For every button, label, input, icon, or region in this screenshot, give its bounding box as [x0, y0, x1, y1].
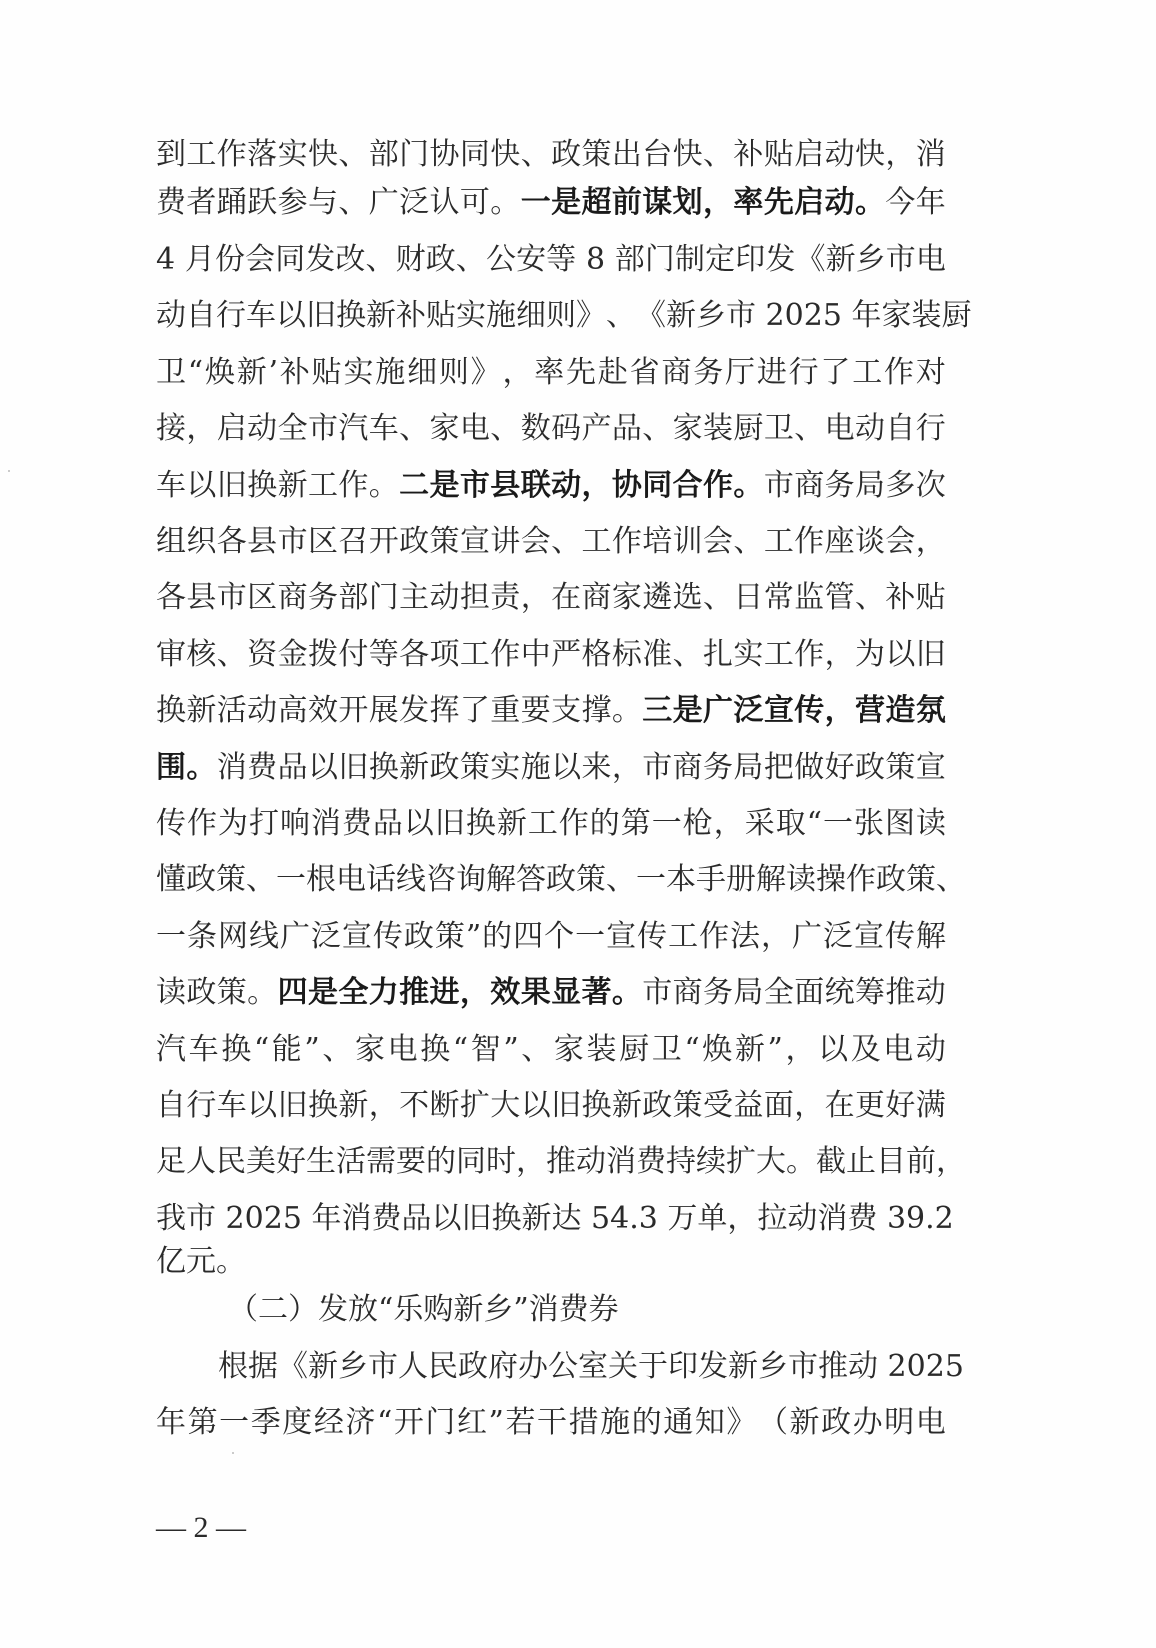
bold-text: 果: [521, 973, 551, 1013]
text: 商: [581, 578, 611, 618]
text: 的: [426, 1142, 456, 1182]
text: 民: [216, 1142, 246, 1182]
text: 若: [505, 1403, 535, 1443]
text: 发: [399, 691, 429, 731]
text: 第: [621, 804, 651, 844]
text: 焕: [702, 1030, 732, 1070]
text: 扩: [460, 1086, 490, 1126]
bold-text: 同: [642, 466, 672, 506]
text: 大: [756, 1142, 786, 1182]
text: 启: [794, 135, 824, 175]
text: 做: [794, 748, 824, 788]
text: 5: [945, 1347, 964, 1387]
text: 2: [888, 1347, 907, 1387]
text: 选: [673, 578, 703, 618]
text: 为: [218, 804, 248, 844]
text: 自: [156, 1086, 186, 1126]
text: 一: [823, 804, 853, 844]
text: 展: [369, 691, 399, 731]
text: 传: [885, 917, 915, 957]
text: 传: [373, 917, 403, 957]
text: 需: [366, 1142, 396, 1182]
text: 册: [726, 860, 756, 900]
text: 美: [246, 1142, 276, 1182]
text: 等: [546, 240, 576, 280]
text: 等: [369, 635, 399, 675]
text: ”: [304, 1030, 319, 1070]
text: 电: [916, 240, 946, 280]
text: 格: [581, 635, 611, 675]
text: 政: [855, 748, 885, 788]
text: 3: [887, 1199, 906, 1239]
text: 部: [615, 240, 645, 280]
text: [756, 296, 766, 336]
text: 解: [486, 860, 516, 900]
text: 年: [916, 183, 946, 223]
text: 办: [518, 1347, 548, 1387]
text: 经: [314, 1403, 344, 1443]
bold-text: 作: [703, 466, 733, 506]
paragraph-line: 接，启动全市汽车、家电、数码产品、家装厨卫、电动自行: [156, 409, 946, 449]
text: 发: [305, 240, 335, 280]
text: 广: [280, 917, 310, 957]
bold-text: 动: [825, 183, 855, 223]
text: 策: [576, 860, 606, 900]
text: 电: [388, 1030, 418, 1070]
text: 消: [817, 1199, 847, 1239]
text: 策: [435, 917, 465, 957]
text: 动: [787, 1199, 817, 1239]
text: 人: [186, 1142, 216, 1182]
text: 认: [430, 183, 460, 223]
text: 动: [825, 135, 855, 175]
text: 新: [666, 296, 696, 336]
paragraph-line: 读政策。四是全力推进，效果显著。市商务局全面统筹推动: [156, 973, 946, 1013]
text: 主: [399, 578, 429, 618]
text: 打: [249, 804, 279, 844]
text: 次: [916, 466, 946, 506]
text: 新: [521, 1199, 551, 1239]
text: [658, 1199, 668, 1239]
text: ，: [516, 1142, 546, 1182]
bold-text: 显: [551, 973, 581, 1013]
paragraph-line: 围。消费品以旧换新政策实施以来，市商务局把做好政策宣: [156, 748, 946, 788]
text: 同: [456, 1142, 486, 1182]
text: 益: [733, 1086, 763, 1126]
text: 作: [846, 860, 876, 900]
text: 2: [264, 1199, 283, 1239]
text: 新: [186, 691, 216, 731]
text: 行: [789, 353, 819, 393]
text: 县: [247, 522, 277, 562]
bold-text: 氛: [916, 691, 946, 731]
text: 细: [516, 296, 546, 336]
bold-text: 。: [733, 466, 763, 506]
text: 通: [663, 1403, 693, 1443]
text: 实: [733, 635, 763, 675]
text: 门: [369, 578, 399, 618]
text: 3: [639, 1199, 658, 1239]
text: 局: [733, 973, 763, 1013]
text: 据: [248, 1347, 278, 1387]
text: 扩: [726, 1142, 756, 1182]
text: 区: [247, 578, 277, 618]
bold-text: 。: [186, 748, 216, 788]
text: 装: [587, 1030, 617, 1070]
paragraph-line: 足人民美好生活需要的同时，推动消费持续扩大。截止目前，: [156, 1142, 946, 1182]
text: 门: [399, 135, 429, 175]
text: 准: [642, 635, 672, 675]
bold-text: 市: [460, 466, 490, 506]
text: 及: [851, 1030, 881, 1070]
text: 《: [278, 1347, 308, 1387]
paragraph-line: 到工作落实快、部门协同快、政策出台快、补贴启动快，消: [156, 135, 946, 175]
paragraph-line: 审核、资金拨付等各项工作中严格标准、扎实工作，为以旧: [156, 635, 946, 675]
text: 协: [430, 135, 460, 175]
text: 红: [457, 1403, 487, 1443]
text: 活: [336, 1142, 366, 1182]
text: 以: [431, 1199, 461, 1239]
text: 《: [795, 240, 825, 280]
text: 好: [276, 1142, 306, 1182]
text: 率: [534, 353, 564, 393]
text: 作: [794, 522, 824, 562]
text: 策: [217, 973, 247, 1013]
text: 各: [399, 635, 429, 675]
paragraph-line: 汽车换“能”、家电换“智”、家装厨卫“焕新”，以及电动: [156, 1030, 946, 1070]
text: ”: [489, 1403, 504, 1443]
text: 消: [916, 135, 946, 175]
text: 一: [575, 917, 605, 957]
text: 务: [308, 578, 338, 618]
text: 遴: [642, 578, 672, 618]
bold-text: 泛: [733, 691, 763, 731]
text: 换: [308, 1086, 338, 1126]
text: 份: [215, 240, 245, 280]
text: 车: [156, 466, 186, 506]
text: 。: [612, 691, 642, 731]
text: 、: [246, 860, 276, 900]
text: 答: [516, 860, 546, 900]
text: 会: [703, 522, 733, 562]
bold-text: 动: [551, 466, 581, 506]
text: 动: [855, 409, 885, 449]
text: 宣: [916, 748, 946, 788]
text: 务: [825, 466, 855, 506]
text: 2: [766, 296, 785, 336]
text: 新: [308, 1347, 338, 1387]
text: 开: [338, 691, 368, 731]
text: 法: [730, 917, 760, 957]
text: 公: [548, 1347, 578, 1387]
text: 监: [794, 578, 824, 618]
text: 改: [335, 240, 365, 280]
text: 响: [280, 804, 310, 844]
text: 新: [237, 353, 267, 393]
text: 电: [916, 1403, 946, 1443]
text: 品: [278, 748, 308, 788]
text: 日: [733, 578, 763, 618]
text: 读: [916, 804, 946, 844]
text: 、: [733, 522, 763, 562]
text: 策: [885, 748, 915, 788]
document-page: 到工作落实快、部门协同快、政策出台快、补贴启动快，消费者踊跃参与、广泛认可。一是…: [0, 0, 1156, 1648]
text: 枪: [683, 804, 713, 844]
text: 为: [855, 635, 885, 675]
text: 市: [308, 409, 338, 449]
section-heading: （二）发放“乐购新乡”消费券: [228, 1290, 619, 1330]
text: 断: [430, 1086, 460, 1126]
text: 先: [566, 353, 596, 393]
text: 人: [398, 1347, 428, 1387]
text: 、: [794, 409, 824, 449]
text: 到: [156, 135, 186, 175]
text: ，: [521, 578, 551, 618]
text: 动: [247, 691, 277, 731]
text: ”: [503, 1030, 518, 1070]
text: 、: [606, 860, 636, 900]
text: “: [254, 1030, 269, 1070]
text: 的: [590, 804, 620, 844]
text: 、: [703, 135, 733, 175]
text: （: [758, 1403, 788, 1443]
text: 取: [776, 804, 806, 844]
text: ，: [785, 1030, 815, 1070]
text: 汽: [338, 409, 368, 449]
bold-text: 联: [521, 466, 551, 506]
text: 施: [486, 296, 516, 336]
text: 前: [906, 1142, 936, 1182]
text: 部: [338, 578, 368, 618]
text: 换: [156, 691, 186, 731]
text: 开: [369, 522, 399, 562]
text: 生: [306, 1142, 336, 1182]
text: 线: [396, 860, 426, 900]
text: 会: [521, 522, 551, 562]
text: 谈: [855, 522, 885, 562]
text: 以: [308, 748, 338, 788]
text: 全: [764, 973, 794, 1013]
text: 自: [885, 409, 915, 449]
text: 根: [306, 860, 336, 900]
text: 》: [726, 1403, 756, 1443]
text: 行: [216, 296, 246, 336]
text: 面: [764, 1086, 794, 1126]
bold-text: 造: [885, 691, 915, 731]
text: 新: [278, 466, 308, 506]
text: 年: [851, 296, 881, 336]
text: 广: [792, 917, 822, 957]
text: 。: [369, 466, 399, 506]
text: 推: [885, 973, 915, 1013]
text: 动: [156, 296, 186, 336]
text: 、: [606, 296, 636, 336]
text: 组: [156, 522, 186, 562]
text: 同: [275, 240, 305, 280]
text: 5: [823, 296, 842, 336]
bold-text: 力: [369, 973, 399, 1013]
text: 止: [846, 1142, 876, 1182]
text: 新: [790, 1403, 820, 1443]
text: 费: [371, 1199, 401, 1239]
bold-text: 是: [308, 973, 338, 1013]
bold-text: 是: [430, 466, 460, 506]
text: 策: [581, 135, 611, 175]
text: 策: [673, 1086, 703, 1126]
text: 作: [612, 522, 642, 562]
page-number: — 2 —: [156, 1508, 246, 1548]
bold-text: 合: [673, 466, 703, 506]
text: 出: [612, 135, 642, 175]
text: 政: [642, 1086, 672, 1126]
text: 要: [521, 691, 551, 731]
text: 政: [186, 973, 216, 1013]
text: 市: [278, 522, 308, 562]
text: 快: [308, 135, 338, 175]
text: 办: [853, 1403, 883, 1443]
text: 一: [652, 804, 682, 844]
text: 高: [278, 691, 308, 731]
paragraph-line: 自行车以旧换新，不断扩大以旧换新政策受益面，在更好满: [156, 1086, 946, 1126]
text: 筹: [855, 973, 885, 1013]
text: 《: [636, 296, 666, 336]
text: 工: [668, 917, 698, 957]
text: 一: [636, 860, 666, 900]
text: 作: [559, 804, 589, 844]
text: 政: [551, 135, 581, 175]
text: ，: [369, 1086, 399, 1126]
text: [877, 1199, 887, 1239]
text: “: [684, 1030, 699, 1070]
text: 作: [699, 917, 729, 957]
text: 重: [490, 691, 520, 731]
text: 4: [610, 1199, 629, 1239]
paragraph-line: 动自行车以旧换新补贴实施细则》、《新乡市 2025 年家装厨: [156, 296, 946, 336]
text: 策: [216, 860, 246, 900]
text: 补: [733, 135, 763, 175]
bold-text: 传: [794, 691, 824, 731]
text: 政: [876, 860, 906, 900]
text: 以: [247, 1086, 277, 1126]
text: 担: [460, 578, 490, 618]
bold-text: 著: [581, 973, 611, 1013]
bold-text: 全: [338, 973, 368, 1013]
text: 跃: [247, 183, 277, 223]
text: 发: [765, 240, 795, 280]
text: 换: [336, 296, 366, 336]
text: 部: [369, 135, 399, 175]
text: 会: [245, 240, 275, 280]
text: 乡: [758, 1347, 788, 1387]
text: 自: [186, 296, 216, 336]
bold-text: 划: [673, 183, 703, 223]
text: 家: [554, 1030, 584, 1070]
text: 市: [642, 748, 672, 788]
bold-text: 四: [278, 973, 308, 1013]
text: 局: [733, 748, 763, 788]
text: ”: [466, 917, 481, 957]
text: 。: [490, 183, 520, 223]
bold-text: 县: [490, 466, 520, 506]
text: 产: [581, 409, 611, 449]
text: 民: [428, 1347, 458, 1387]
text: 车: [189, 1030, 219, 1070]
text: 采: [745, 804, 775, 844]
text: 车: [246, 296, 276, 336]
text: 的: [482, 917, 512, 957]
text: 项: [430, 635, 460, 675]
text: 、: [642, 409, 672, 449]
text: 公: [486, 240, 516, 280]
text: 家: [881, 296, 911, 336]
text: 座: [825, 522, 855, 562]
text: 换: [247, 466, 277, 506]
text: 贴: [312, 353, 342, 393]
bold-text: 是: [551, 183, 581, 223]
bold-text: 进: [430, 973, 460, 1013]
text: 、: [366, 240, 396, 280]
text: 卫: [652, 1030, 682, 1070]
text: 、: [338, 183, 368, 223]
text: 、: [490, 409, 520, 449]
text: 旧: [217, 466, 247, 506]
text: 政: [186, 860, 216, 900]
text: 政: [821, 1403, 851, 1443]
text: 2: [226, 1199, 245, 1239]
text: 政: [430, 748, 460, 788]
text: 费: [247, 748, 277, 788]
text: 以: [818, 1030, 848, 1070]
text: 快: [490, 135, 520, 175]
text: 拨: [308, 635, 338, 675]
text: 与: [308, 183, 338, 223]
text: 网: [218, 917, 248, 957]
text: 2: [926, 1347, 945, 1387]
text: 务: [693, 353, 723, 393]
text: 推: [818, 1347, 848, 1387]
text: 贴: [426, 296, 456, 336]
text: 、: [521, 1030, 551, 1070]
text: 操: [816, 860, 846, 900]
text: 中: [521, 635, 551, 675]
bold-text: 推: [399, 973, 429, 1013]
text: 数: [521, 409, 551, 449]
text: 踊: [217, 183, 247, 223]
text: 干: [537, 1403, 567, 1443]
text: 家: [355, 1030, 385, 1070]
text: 市: [217, 578, 247, 618]
text: 贴: [764, 135, 794, 175]
text: 以: [276, 296, 306, 336]
text: 换: [369, 748, 399, 788]
text: ，: [502, 353, 532, 393]
text: 对: [916, 353, 946, 393]
text: “: [188, 353, 203, 393]
text: 电: [460, 409, 490, 449]
text: 则: [439, 353, 469, 393]
text: 泛: [823, 917, 853, 957]
text: 核: [186, 635, 216, 675]
text: 码: [551, 409, 581, 449]
text: 的: [632, 1403, 662, 1443]
text: 资: [247, 635, 277, 675]
bold-text: ，: [703, 183, 733, 223]
text: 作: [884, 353, 914, 393]
bold-text: 一: [521, 183, 551, 223]
text: 召: [338, 522, 368, 562]
text: 4: [156, 240, 175, 280]
text: 补: [396, 296, 426, 336]
